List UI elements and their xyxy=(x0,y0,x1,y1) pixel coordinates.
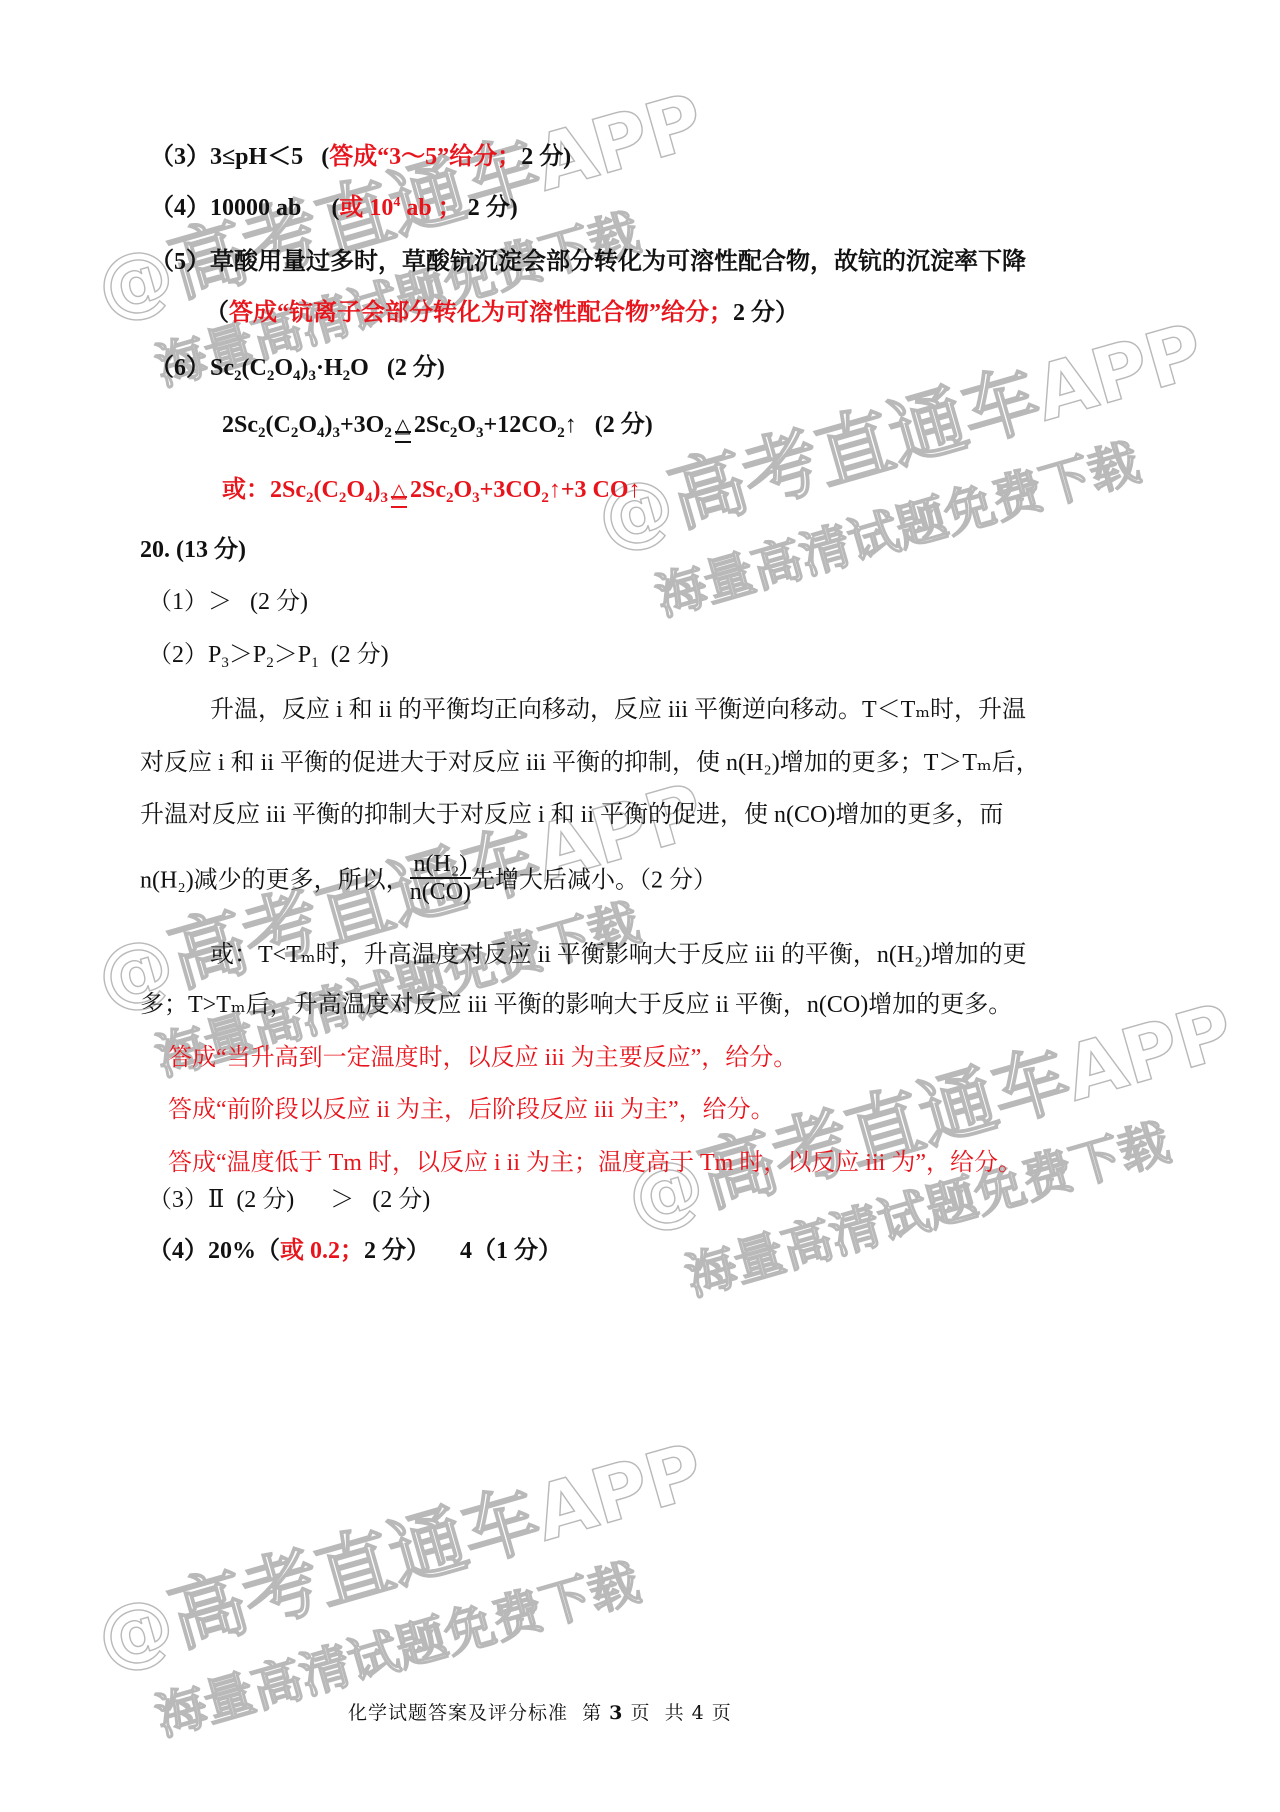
q20-explanation-line3: 升温对反应 iii 平衡的抑制大于对反应 i 和 ii 平衡的促进，使 n(CO… xyxy=(140,800,1003,830)
heat-condition-icon: △ xyxy=(392,417,414,447)
question-total: (13 分) xyxy=(176,537,246,563)
q20-alternative-line1: 或：T<Tₘ时，升高温度对反应 ii 平衡影响大于反应 iii 的平衡，n(H₂… xyxy=(210,940,1027,970)
answer: 草酸用量过多时，草酸钪沉淀会部分转化为可溶性配合物，故钪的沉淀率下降 xyxy=(210,249,1026,275)
grading-note: 或 0.2； xyxy=(280,1238,364,1264)
q20-part3: （3）Ⅱ (2 分) ＞ (2 分) xyxy=(148,1185,430,1215)
score: 2 分） xyxy=(733,300,799,326)
answer: 3≤pH＜5 xyxy=(210,144,303,170)
q19-part3: （3）3≤pH＜5 (答成“3～5”给分；2 分) xyxy=(150,142,571,172)
fraction-denominator: n(CO) xyxy=(410,879,471,905)
footer-total-label: 共 xyxy=(665,1702,685,1724)
q20-grading-note-2: 答成“前阶段以反应 ii 为主，后阶段反应 iii 为主”，给分。 xyxy=(168,1095,775,1125)
score-2: （1 分） xyxy=(472,1238,562,1264)
part-label: （4） xyxy=(148,1238,208,1264)
score: 2 分) xyxy=(468,195,518,221)
part-label: （4） xyxy=(150,195,210,221)
part-label: （2） xyxy=(148,642,208,668)
watermark-lower-right-sub: 海量高清试题免费下载 xyxy=(680,1114,1176,1306)
watermark-mid-right-sub: 海量高清试题免费下载 xyxy=(650,434,1146,626)
q20-grading-note-1: 答成“当升高到一定温度时，以反应 iii 为主要反应”，给分。 xyxy=(168,1043,797,1073)
grading-note: 答成“钪离子会部分转化为可溶性配合物”给分； xyxy=(229,300,733,326)
footer-total-unit: 页 xyxy=(712,1702,732,1724)
part-label: （3） xyxy=(148,1187,208,1213)
score-1: 2 分） xyxy=(364,1238,430,1264)
note-open: （ xyxy=(205,300,229,326)
q19-part4: （4）10000 ab (或 104 ab ； 2 分) xyxy=(150,193,518,223)
fraction-numerator: n(H₂) xyxy=(410,851,471,879)
q19-part6-formula: （6）Sc2(C2O4)3·H2O (2 分) xyxy=(150,353,445,383)
gas-arrow-icon: ↑ xyxy=(629,477,641,503)
watermark-bottom-left: @高考直通车APP xyxy=(88,1430,712,1680)
q19-part6-equation1: 2Sc2(C2O4)3+3O2△2Sc2O3+12CO2↑ (2 分) xyxy=(222,410,653,447)
answer-key-page: @高考直通车APP 海量高清试题免费下载 @高考直通车APP 海量高清试题免费下… xyxy=(0,0,1280,1812)
score: (2 分) xyxy=(595,412,653,438)
part-label: （3） xyxy=(150,144,210,170)
score-1: (2 分) xyxy=(236,1187,294,1213)
question-number: 20. xyxy=(140,537,170,563)
gas-arrow-icon: ↑ xyxy=(549,477,561,503)
alt-prefix: 或： xyxy=(222,477,270,503)
text-b: 先增大后减小。（2 分） xyxy=(471,868,717,894)
grading-note: 答成“3～5”给分； xyxy=(329,144,521,170)
footer-page-unit: 页 xyxy=(630,1702,650,1724)
ratio-fraction: n(H₂)n(CO) xyxy=(410,851,471,905)
part-label: （6） xyxy=(150,355,210,381)
part-label: （5） xyxy=(150,249,210,275)
q20-part4: （4）20%（或 0.2；2 分） 4（1 分） xyxy=(148,1236,562,1266)
grading-note-a: 或 10 xyxy=(339,195,393,221)
watermark-mid-right: @高考直通车APP xyxy=(588,310,1212,560)
grading-note-b: ab ； xyxy=(400,195,461,221)
q19-part5: （5）草酸用量过多时，草酸钪沉淀会部分转化为可溶性配合物，故钪的沉淀率下降 xyxy=(150,247,1026,277)
q20-explanation-line2: 对反应 i 和 ii 平衡的促进大于对反应 iii 平衡的抑制，使 n(H₂)增… xyxy=(140,748,1040,778)
score-2: (2 分) xyxy=(372,1187,430,1213)
part-label: （1） xyxy=(148,589,208,615)
note-open: ( xyxy=(321,144,329,170)
answer-2: ＞ xyxy=(330,1187,354,1213)
q20-explanation-line1: 升温，反应 i 和 ii 的平衡均正向移动，反应 iii 平衡逆向移动。T＜Tₘ… xyxy=(210,695,1026,725)
q20-part2: （2）P3＞P2＞P1 (2 分) xyxy=(148,640,389,670)
q20-explanation-line4: n(H₂)减少的更多，所以，n(H₂)n(CO)先增大后减小。（2 分） xyxy=(140,855,717,909)
page-total: 4 xyxy=(692,1702,705,1724)
q20-part1: （1）＞ (2 分) xyxy=(148,587,308,617)
heat-condition-icon: △ xyxy=(388,482,410,512)
score: (2 分) xyxy=(387,355,445,381)
score: (2 分) xyxy=(250,589,308,615)
q20-title: 20. (13 分) xyxy=(140,535,246,565)
answer: 10000 ab xyxy=(210,195,301,221)
page-footer: 化学试题答案及评分标准 第 3 页 共 4 页 xyxy=(348,1698,732,1725)
answer-2: 4 xyxy=(460,1238,472,1264)
answer-1: 20% xyxy=(208,1238,256,1264)
answer: ＞ xyxy=(208,589,232,615)
score: 2 分) xyxy=(521,144,571,170)
text-a: n(H₂)减少的更多，所以， xyxy=(140,868,410,894)
gas-arrow-icon: ↑ xyxy=(565,412,577,438)
q20-alternative-line2: 多；T>Tₘ后，升高温度对反应 iii 平衡的影响大于反应 ii 平衡，n(CO… xyxy=(140,990,1012,1020)
q20-grading-note-3: 答成“温度低于 Tm 时，以反应 i ii 为主；温度高于 Tm 时，以反应 i… xyxy=(168,1148,1022,1178)
q19-part6-equation2: 或：2Sc2(C2O4)3△2Sc2O3+3CO2↑+3 CO↑ xyxy=(222,475,641,512)
score: (2 分) xyxy=(331,642,389,668)
note-open: （ xyxy=(256,1238,280,1264)
footer-title: 化学试题答案及评分标准 xyxy=(348,1702,568,1724)
page-number: 3 xyxy=(609,1702,623,1724)
footer-page-label: 第 xyxy=(582,1702,602,1724)
answer-1: Ⅱ xyxy=(208,1187,224,1213)
q19-part5-note: （答成“钪离子会部分转化为可溶性配合物”给分；2 分） xyxy=(205,298,799,328)
